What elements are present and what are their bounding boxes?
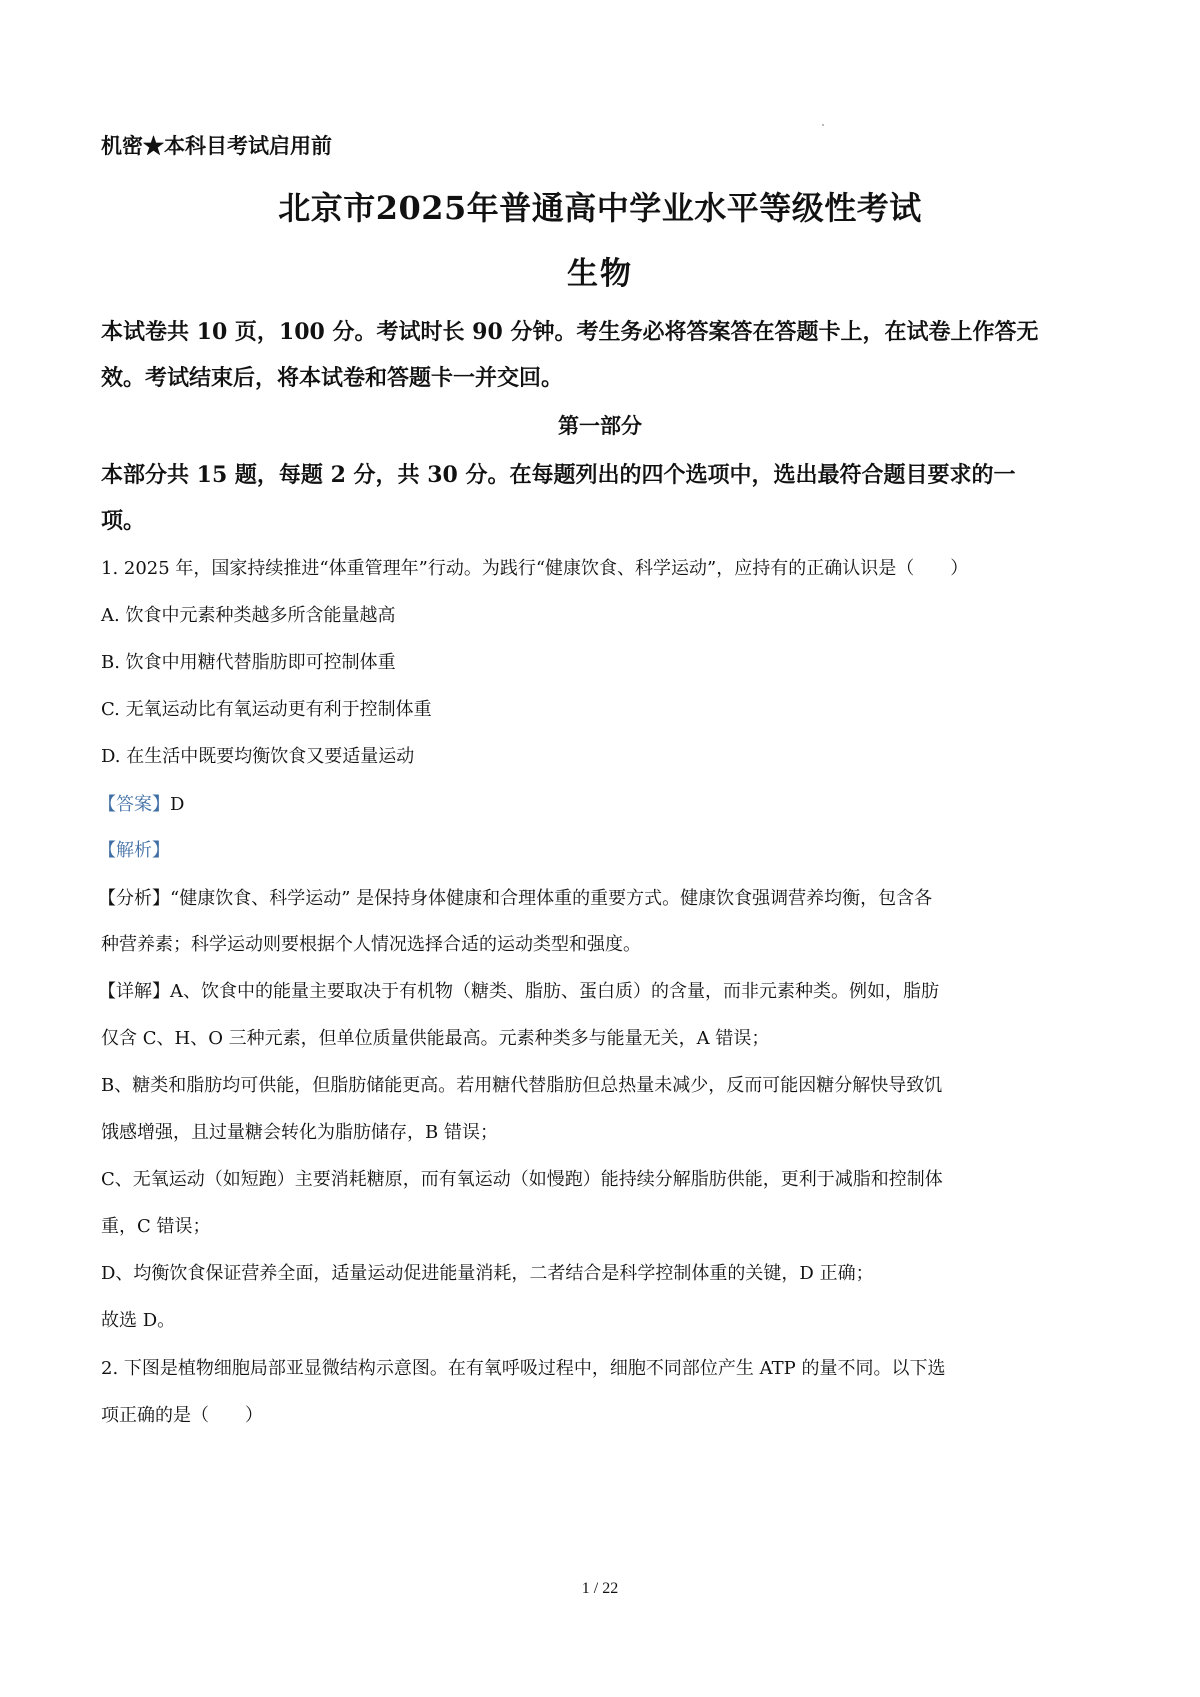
detail-line-6: 重，C 错误；: [101, 1212, 211, 1238]
instructions-line-2: 效。考试结束后，将本试卷和答题卡一并交回。: [101, 361, 563, 392]
detail-line-5: C、无氧运动（如短跑）主要消耗糖原，而有氧运动（如慢跑）能持续分解脂肪供能，更利…: [101, 1165, 943, 1191]
exam-page: 机密★本科目考试启用前 北京市2025年普通高中学业水平等级性考试 生物 本试卷…: [0, 0, 1200, 1697]
page-number: 1 / 22: [0, 1580, 1200, 1598]
detail-line-3: B、糖类和脂肪均可供能，但脂肪储能更高。若用糖代替脂肪但总热量未减少，反而可能因…: [101, 1071, 942, 1097]
part-description-line-1: 本部分共 15 题，每题 2 分，共 30 分。在每题列出的四个选项中，选出最符…: [101, 458, 1016, 489]
exam-title: 北京市2025年普通高中学业水平等级性考试: [0, 183, 1200, 229]
question-1-option-b: B. 饮食中用糖代替脂肪即可控制体重: [101, 648, 396, 674]
question-2-stem-line-1: 2. 下图是植物细胞局部亚显微结构示意图。在有氧呼吸过程中，细胞不同部位产生 A…: [101, 1354, 945, 1380]
detail-line-1: 【详解】A、饮食中的能量主要取决于有机物（糖类、脂肪、蛋白质）的含量，而非元素种…: [98, 977, 939, 1003]
detail-line-8: 故选 D。: [101, 1306, 175, 1332]
scan-speck: [822, 124, 824, 126]
part-heading: 第一部分: [0, 410, 1200, 440]
analysis-line-1: 【分析】“健康饮食、科学运动” 是保持身体健康和合理体重的重要方式。健康饮食强调…: [98, 884, 932, 910]
question-1-option-c: C. 无氧运动比有氧运动更有利于控制体重: [101, 695, 432, 721]
subject-title: 生物: [0, 248, 1200, 293]
analysis-line-2: 种营养素；科学运动则要根据个人情况选择合适的运动类型和强度。: [101, 930, 641, 956]
detail-line-4: 饿感增强，且过量糖会转化为脂肪储存，B 错误；: [101, 1118, 498, 1144]
question-2-stem-line-2: 项正确的是（ ）: [101, 1401, 263, 1427]
analysis-label: 【解析】: [98, 836, 170, 862]
detail-line-2: 仅含 C、H、O 三种元素，但单位质量供能最高。元素种类多与能量无关，A 错误；: [101, 1024, 769, 1050]
instructions-line-1: 本试卷共 10 页，100 分。考试时长 90 分钟。考生务必将答案答在答题卡上…: [101, 315, 1038, 346]
question-1-stem: 1. 2025 年，国家持续推进“体重管理年”行动。为践行“健康饮食、科学运动”…: [101, 554, 968, 580]
question-1-option-d: D. 在生活中既要均衡饮食又要适量运动: [101, 742, 414, 768]
answer-label: 【答案】: [98, 794, 170, 815]
confidential-notice: 机密★本科目考试启用前: [101, 130, 332, 160]
detail-line-7: D、均衡饮食保证营养全面，适量运动促进能量消耗，二者结合是科学控制体重的关键，D…: [101, 1259, 874, 1285]
answer-value: D: [170, 794, 184, 815]
part-description-line-2: 项。: [101, 504, 145, 535]
question-1-option-a: A. 饮食中元素种类越多所含能量越高: [101, 601, 395, 627]
answer-row: 【答案】D: [98, 790, 184, 816]
